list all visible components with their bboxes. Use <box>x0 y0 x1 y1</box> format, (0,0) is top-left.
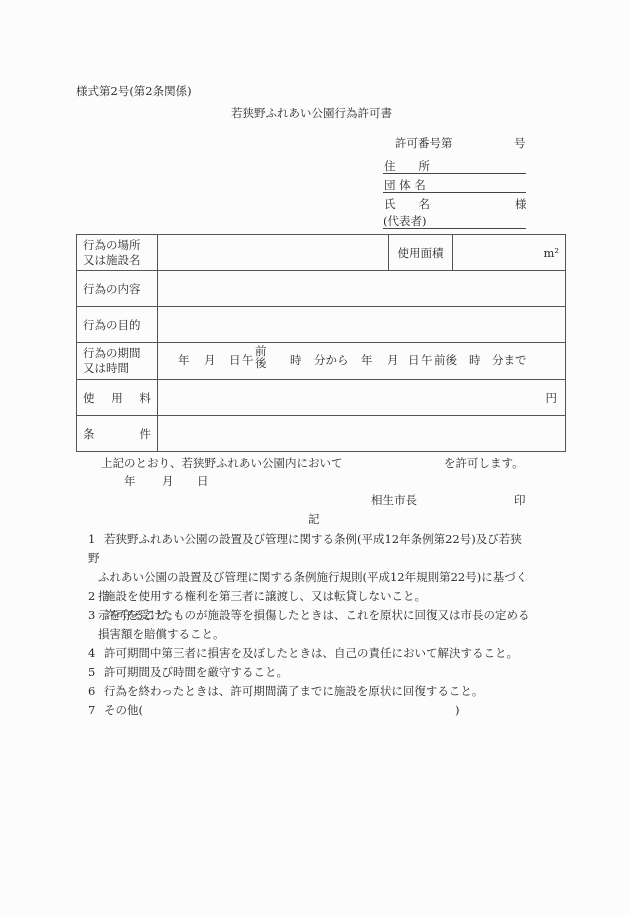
content-label: 行為の内容 <box>77 271 158 307</box>
condition-text: 許可を受けたものが施設等を損傷したときは、これを原状に回復又は市長の定める <box>104 608 530 622</box>
condition-item-5: 5許可期間及び時間を厳守すること。 <box>88 663 533 682</box>
conditions-label-char: 条 <box>83 426 95 442</box>
name-field-line[interactable] <box>383 228 526 229</box>
start-pm: 後 <box>255 358 267 370</box>
fee-label-char: 料 <box>140 390 152 406</box>
issue-date-month: 月 <box>162 476 174 488</box>
condition-number: 3 <box>88 606 104 625</box>
condition-number: 2 <box>88 587 104 606</box>
table-row-fee: 使 用 料 円 <box>77 380 566 416</box>
period-field[interactable]: 年 月 日 午 前 後 時 分から 年 月 日 午 前後 時 分まで <box>158 343 566 380</box>
content-field[interactable] <box>158 271 566 307</box>
end-month: 月 <box>387 355 399 367</box>
representative-label: (代表者) <box>383 216 426 228</box>
condition-text: 許可期間中第三者に損害を及ぼしたときは、自己の責任において解決すること。 <box>104 646 518 660</box>
fee-label-char: 用 <box>111 390 123 406</box>
issue-date-day: 日 <box>197 476 209 488</box>
condition-number: 7 <box>88 701 104 720</box>
condition-text: 行為を終わったときは、許可期間満了までに施設を原状に回復すること。 <box>104 684 483 698</box>
end-year: 年 <box>361 355 373 367</box>
form-code: 様式第2号(第2条関係) <box>76 86 192 98</box>
issue-date-year: 年 <box>124 476 136 488</box>
document-title: 若狭野ふれあい公園行為許可書 <box>231 108 392 120</box>
name-label: 氏 名 <box>384 199 430 211</box>
condition-number: 4 <box>88 644 104 663</box>
purpose-label: 行為の目的 <box>77 307 158 343</box>
table-row-conditions: 条 件 <box>77 416 566 452</box>
condition-number: 1 <box>88 530 104 549</box>
start-noon: 午 <box>242 355 254 367</box>
condition-text: 施設を使用する権利を第三者に譲渡し、又は転貸しないこと。 <box>104 589 426 603</box>
condition-number: 5 <box>88 663 104 682</box>
fee-field[interactable]: 円 <box>158 380 566 416</box>
issuer: 相生市長 <box>371 495 417 507</box>
start-hour: 時 <box>290 355 302 367</box>
table-row-location: 行為の場所 又は施設名 使用面積 m² <box>77 235 566 271</box>
condition-text: 許可期間及び時間を厳守すること。 <box>104 665 288 679</box>
organization-label: 団 体 名 <box>384 180 426 192</box>
end-day: 日 <box>408 355 420 367</box>
table-row-content: 行為の内容 <box>77 271 566 307</box>
area-field[interactable]: m² <box>453 235 566 271</box>
start-day: 日 <box>229 355 241 367</box>
condition-item-7: 7その他( <box>88 701 533 720</box>
start-year: 年 <box>178 355 190 367</box>
honorific: 様 <box>515 199 527 211</box>
start-minute-from: 分から <box>314 355 349 367</box>
permission-statement-end: を許可します。 <box>444 458 524 470</box>
area-label: 使用面積 <box>389 235 453 271</box>
condition-item-2: 2施設を使用する権利を第三者に譲渡し、又は転貸しないこと。 <box>88 587 533 606</box>
permit-number-label: 許可番号第 <box>395 138 453 150</box>
other-close-paren: ) <box>455 705 460 717</box>
period-label: 行為の期間 又は時間 <box>77 343 158 380</box>
table-row-purpose: 行為の目的 <box>77 307 566 343</box>
conditions-label-char: 件 <box>140 426 152 442</box>
seal-mark: 印 <box>514 495 526 507</box>
start-ampm: 前 後 <box>255 346 267 369</box>
permit-details-table: 行為の場所 又は施設名 使用面積 m² 行為の内容 行為の目的 行為の期間 又は… <box>76 234 566 452</box>
conditions-label: 条 件 <box>77 416 158 452</box>
conditions-field[interactable] <box>158 416 566 452</box>
end-ampm: 前後 <box>434 355 457 367</box>
area-unit: m² <box>543 246 559 260</box>
purpose-field[interactable] <box>158 307 566 343</box>
fee-label-char: 使 <box>83 390 95 406</box>
condition-item-4: 4許可期間中第三者に損害を及ぼしたときは、自己の責任において解決すること。 <box>88 644 533 663</box>
end-minute-until: 分まで <box>492 355 527 367</box>
address-field-line[interactable] <box>383 173 526 174</box>
organization-field-line[interactable] <box>383 192 526 193</box>
condition-text-cont: 損害額を賠償すること。 <box>88 625 533 644</box>
condition-number: 6 <box>88 682 104 701</box>
yen-unit: 円 <box>546 391 558 405</box>
condition-item-3: 3許可を受けたものが施設等を損傷したときは、これを原状に回復又は市長の定める 損… <box>88 606 533 644</box>
period-label-line2: 又は時間 <box>83 361 157 376</box>
fee-label: 使 用 料 <box>77 380 158 416</box>
condition-item-6: 6行為を終わったときは、許可期間満了までに施設を原状に回復すること。 <box>88 682 533 701</box>
fee-label-chars: 使 用 料 <box>83 390 157 406</box>
permission-statement: 上記のとおり、若狭野ふれあい公園内において <box>101 458 343 470</box>
condition-text: その他( <box>104 703 143 717</box>
location-field[interactable] <box>158 235 389 271</box>
end-noon: 午 <box>421 355 433 367</box>
end-hour: 時 <box>469 355 481 367</box>
period-template: 年 月 日 午 前 後 時 分から 年 月 日 午 前後 時 分まで <box>158 343 565 379</box>
location-label-line2: 又は施設名 <box>83 253 157 268</box>
notes-heading: 記 <box>308 514 320 526</box>
start-month: 月 <box>204 355 216 367</box>
location-label-line1: 行為の場所 <box>83 238 157 253</box>
address-label: 住 所 <box>384 161 430 173</box>
period-label-line1: 行為の期間 <box>83 346 157 361</box>
conditions-label-chars: 条 件 <box>83 426 157 442</box>
condition-text: 若狭野ふれあい公園の設置及び管理に関する条例(平成12年条例第22号)及び若狭野 <box>88 532 522 565</box>
table-row-period: 行為の期間 又は時間 年 月 日 午 前 後 時 分から 年 月 日 午 前後 … <box>77 343 566 380</box>
location-label: 行為の場所 又は施設名 <box>77 235 158 271</box>
permit-number-suffix: 号 <box>514 138 526 150</box>
